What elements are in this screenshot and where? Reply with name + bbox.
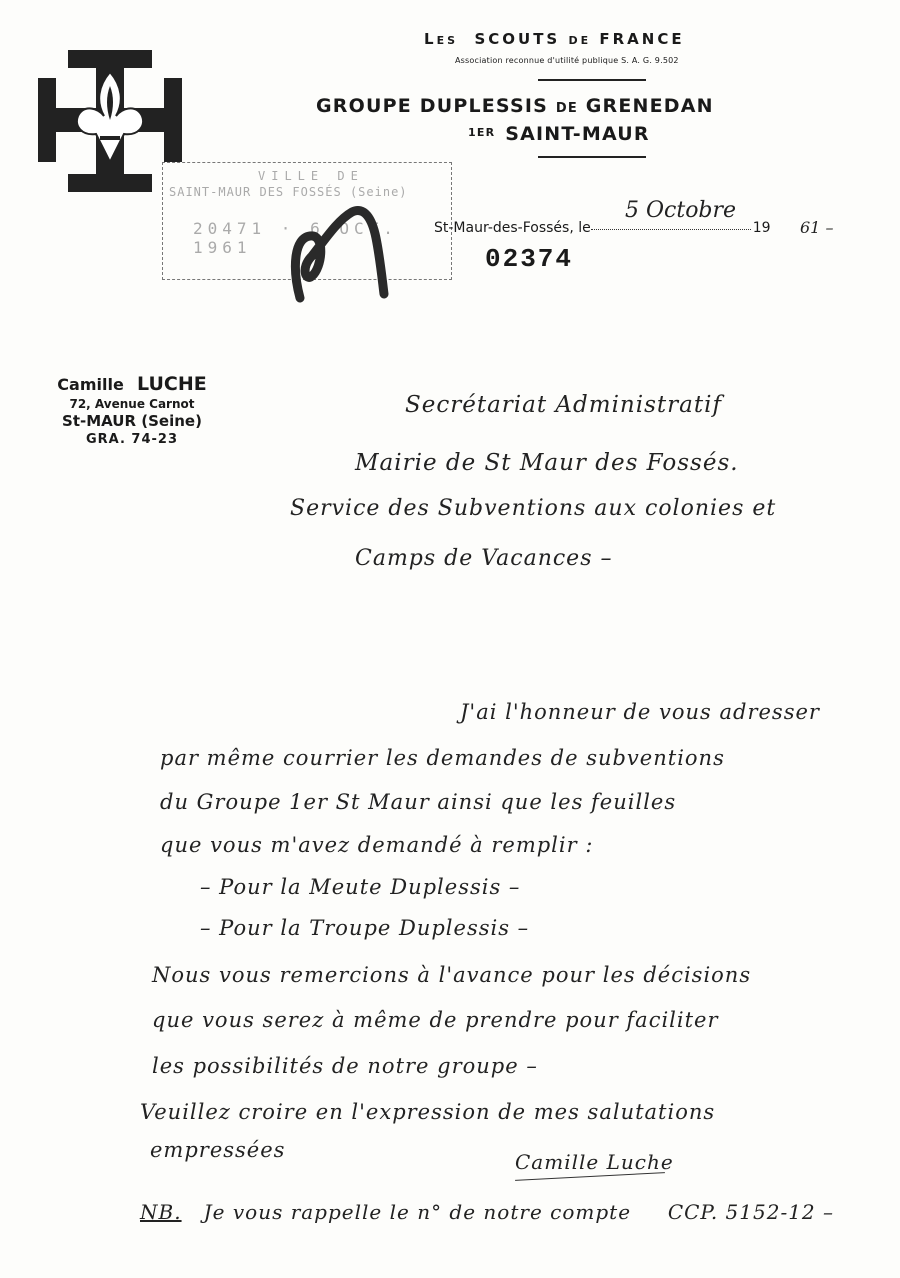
divider — [538, 79, 646, 81]
org-name: LES SCOUTS DE FRANCE — [424, 30, 685, 48]
body-line: J'ai l'honneur de vous adresser — [460, 700, 820, 724]
sender-name: Camille LUCHE — [42, 373, 222, 395]
body-line: les possibilités de notre groupe – — [152, 1054, 538, 1078]
signature: Camille Luche — [515, 1150, 674, 1174]
sender-city: St-MAUR (Seine) — [42, 412, 222, 430]
body-line: Veuillez croire en l'expression de mes s… — [140, 1100, 715, 1124]
body-line: Nous vous remercions à l'avance pour les… — [152, 963, 751, 987]
stamp-line: SAINT-MAUR DES FOSSÉS (Seine) — [169, 185, 408, 199]
recipient-line: Camps de Vacances – — [355, 546, 613, 571]
handwritten-date: 5 Octobre — [625, 198, 736, 223]
stamp-line: VILLE DE — [258, 169, 364, 183]
unit-name: 1ERSAINT-MAUR — [468, 123, 650, 145]
body-line: par même courrier les demandes de subven… — [160, 746, 725, 770]
reference-number: 02374 — [485, 244, 573, 274]
postscript: NB. Je vous rappelle le n° de notre comp… — [140, 1200, 834, 1224]
scout-cross-logo-icon — [38, 50, 182, 192]
body-line: que vous m'avez demandé à remplir : — [160, 833, 593, 857]
recipient-line: Secrétariat Administratif — [405, 392, 722, 418]
sender-phone: GRA. 74-23 — [42, 432, 222, 447]
group-name: GROUPE DUPLESSIS DE GRENEDAN — [316, 95, 714, 117]
body-line: que vous serez à même de prendre pour fa… — [152, 1008, 719, 1032]
body-line: – Pour la Meute Duplessis – — [200, 875, 520, 899]
association-line: Association reconnue d'utilité publique … — [455, 56, 679, 65]
handwritten-year: 61 – — [800, 218, 833, 237]
recipient-line: Mairie de St Maur des Fossés. — [355, 450, 739, 476]
sender-block: Camille LUCHE 72, Avenue Carnot St-MAUR … — [42, 373, 222, 447]
recipient-line: Service des Subventions aux colonies et — [290, 496, 776, 521]
body-line: du Groupe 1er St Maur ainsi que les feui… — [160, 790, 676, 814]
handwritten-initials-icon — [282, 198, 402, 308]
body-line: – Pour la Troupe Duplessis – — [200, 916, 529, 940]
sender-address: 72, Avenue Carnot — [42, 397, 222, 411]
body-line: empressées — [150, 1138, 285, 1162]
divider — [538, 156, 646, 158]
